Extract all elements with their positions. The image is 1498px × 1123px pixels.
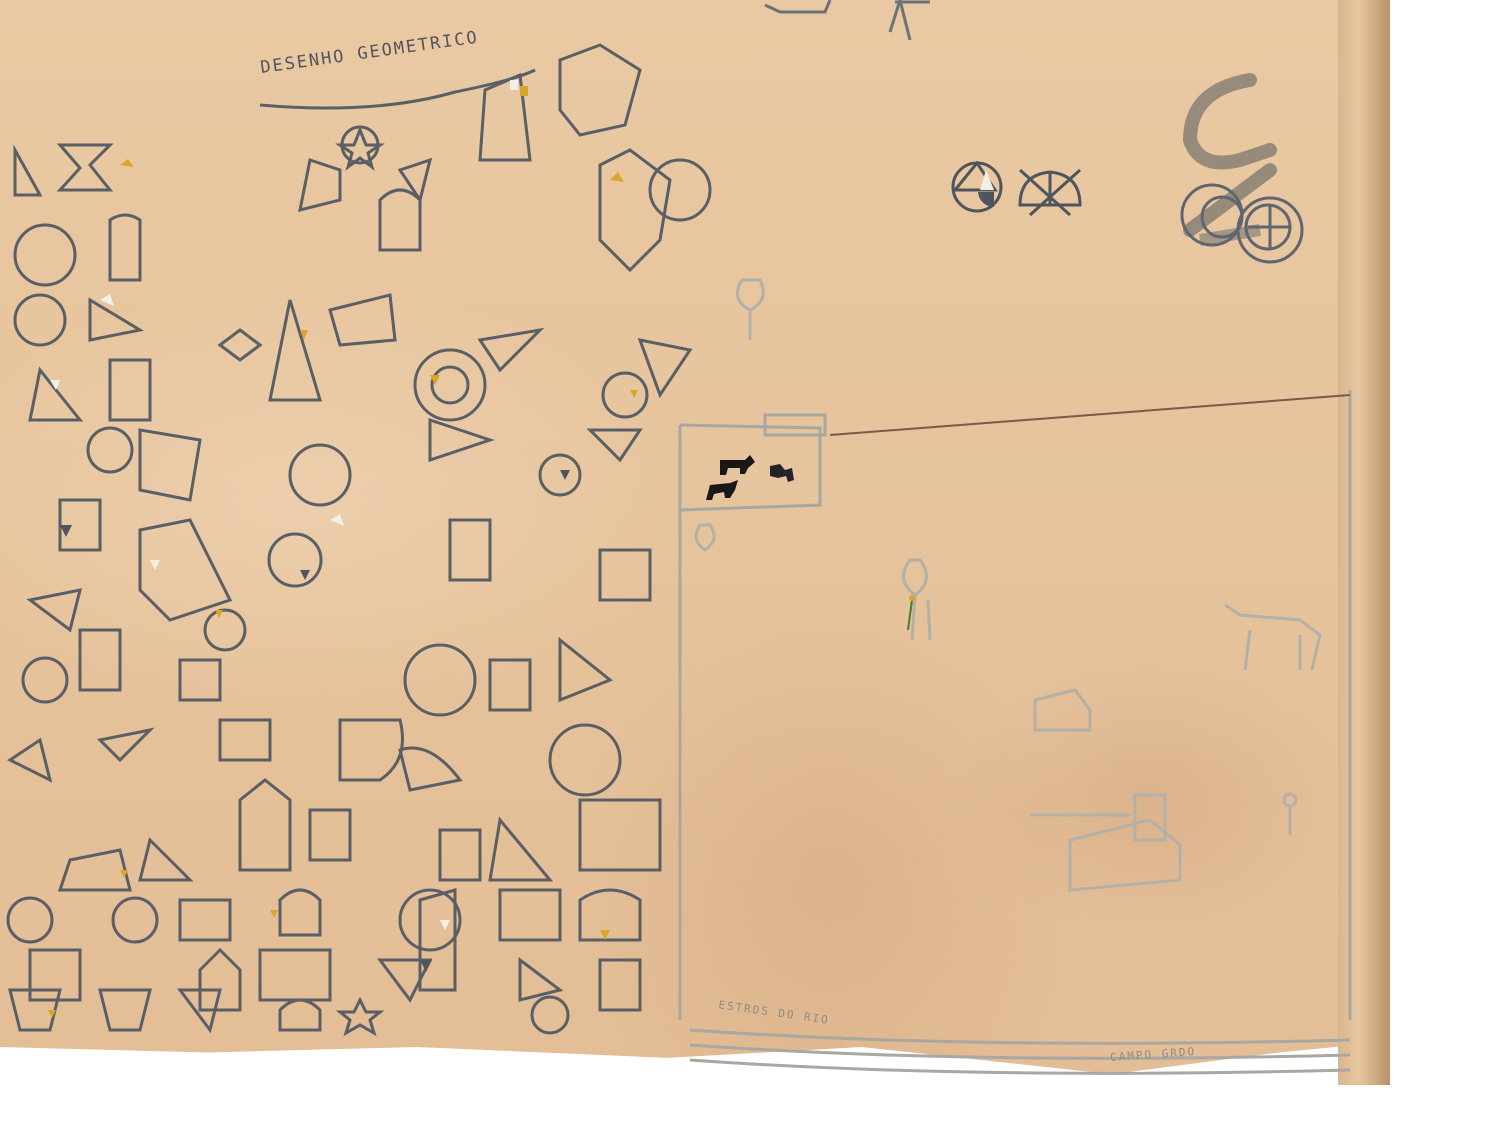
circle-figures (950, 150, 1090, 220)
ink-stain (1170, 70, 1320, 270)
rural-scene (680, 260, 1360, 980)
top-figure (760, 0, 960, 45)
geometric-drawings (0, 0, 680, 1060)
